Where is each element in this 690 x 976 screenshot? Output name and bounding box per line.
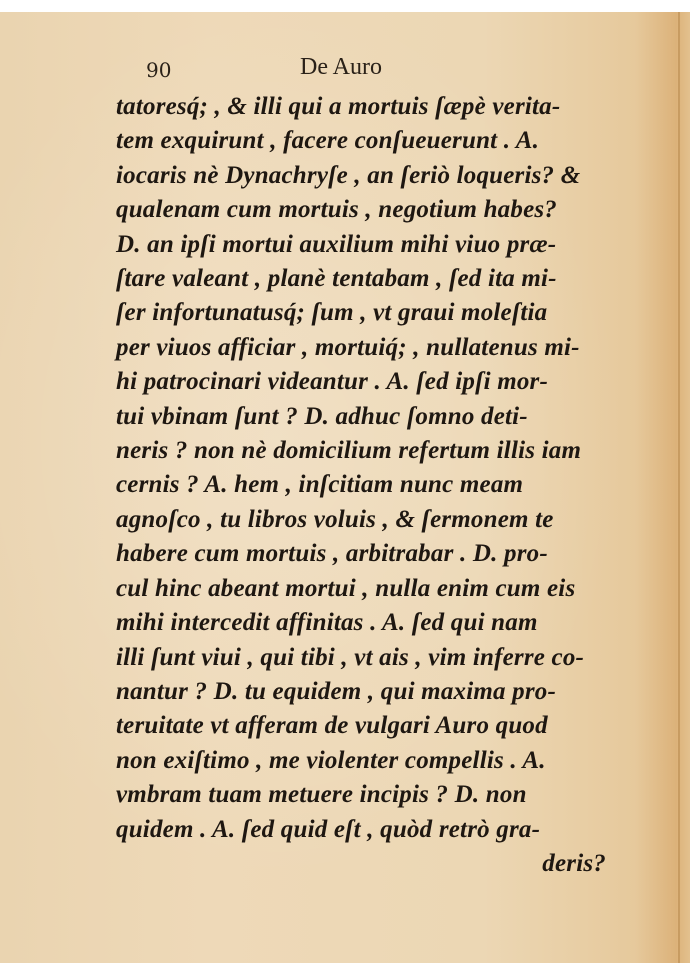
body-text: tatoresq́; , & illi qui a mortuis ſæpè v…: [116, 90, 616, 881]
text-line: tem exquirunt , facere conſueuerunt . A.: [116, 124, 616, 158]
text-line: illi ſunt viui , qui tibi , vt ais , vim…: [116, 641, 616, 675]
text-line: per viuos afficiar , mortuiq́; , nullate…: [116, 331, 616, 365]
text-line: ſer infortunatusq́; ſum , vt graui moleſ…: [116, 296, 616, 330]
text-line: tui vbinam ſunt ? D. adhuc ſomno deti-: [116, 400, 616, 434]
text-line: teruitate vt afferam de vulgari Auro quo…: [116, 709, 616, 743]
text-line: D. an ipſi mortui auxilium mihi viuo præ…: [116, 228, 616, 262]
text-line: tatoresq́; , & illi qui a mortuis ſæpè v…: [116, 90, 616, 124]
text-line: cernis ? A. hem , inſcitiam nunc meam: [116, 468, 616, 502]
text-line: habere cum mortuis , arbitrabar . D. pro…: [116, 537, 616, 571]
text-line: hi patrocinari videantur . A. ſed ipſi m…: [116, 365, 616, 399]
text-line: nantur ? D. tu equidem , qui maxima pro-: [116, 675, 616, 709]
text-line: qualenam cum mortuis , negotium habes?: [116, 193, 616, 227]
text-line: ſtare valeant , planè tentabam , ſed ita…: [116, 262, 616, 296]
text-line: non exiſtimo , me violenter compellis . …: [116, 744, 616, 778]
book-page: 90 De Auro tatoresq́; , & illi qui a mor…: [0, 12, 690, 963]
page-fold-edge: [678, 12, 680, 963]
running-head: 90 De Auro: [0, 54, 690, 84]
text-line: mihi intercedit affinitas . A. ſed qui n…: [116, 606, 616, 640]
running-title: De Auro: [300, 54, 382, 81]
text-line: agnoſco , tu libros voluis , & ſermonem …: [116, 503, 616, 537]
text-line: cul hinc abeant mortui , nulla enim cum …: [116, 572, 616, 606]
page-number: 90: [146, 58, 171, 82]
text-line: iocaris nè Dynachryſe , an ſeriò loqueri…: [116, 159, 616, 193]
text-line-final: deris?: [116, 847, 616, 881]
text-line: neris ? non nè domicilium refertum illis…: [116, 434, 616, 468]
text-line: vmbram tuam metuere incipis ? D. non: [116, 778, 616, 812]
text-line: quidem . A. ſed quid eſt , quòd retrò gr…: [116, 813, 616, 847]
